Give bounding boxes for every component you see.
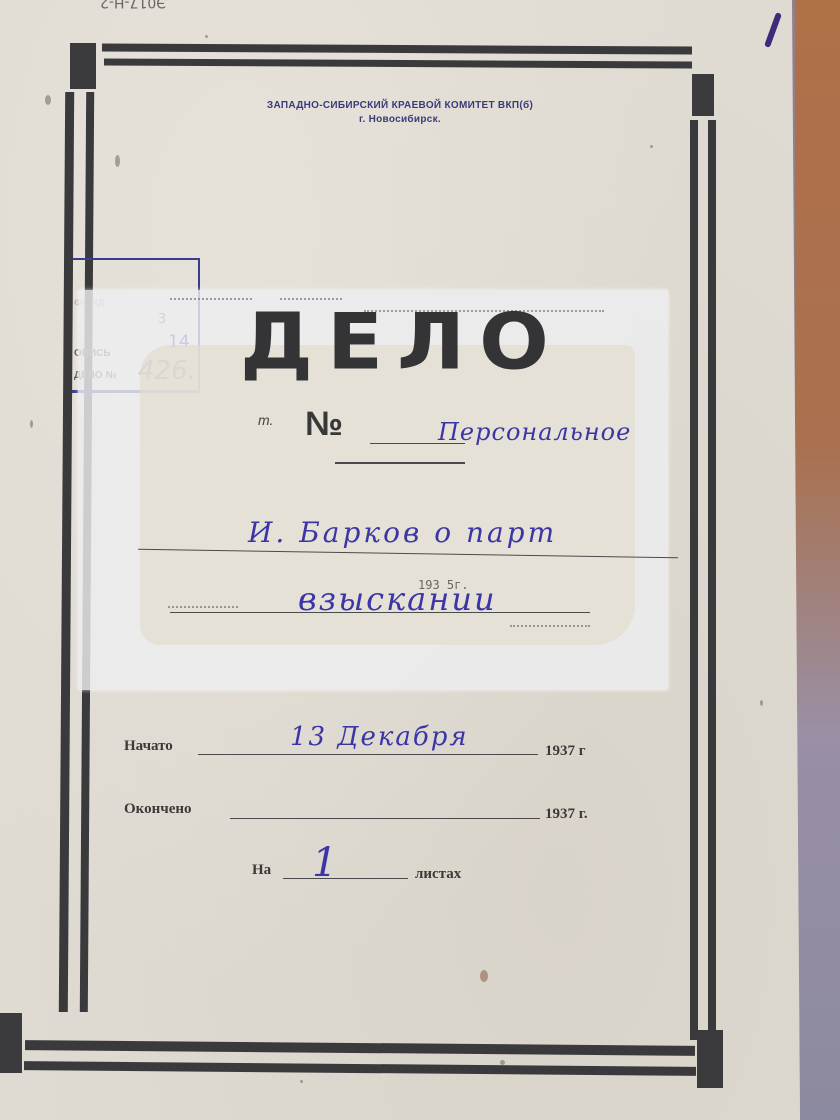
sheets-underline [283, 878, 408, 879]
ink-mark [764, 12, 782, 48]
number-underline-2 [335, 462, 465, 464]
frame-corner-bottom-right [697, 1030, 723, 1088]
paper-fleck [300, 1080, 303, 1083]
paper-fleck [650, 145, 653, 148]
paper-fleck [30, 420, 33, 428]
decorative-dotted-line [510, 625, 590, 629]
frame-left-line-outer [59, 92, 74, 1012]
frame-right-line-inner [708, 120, 716, 1040]
ended-underline [230, 818, 540, 819]
started-label: Начато [124, 738, 173, 755]
started-date-handwritten: 13 Декабря [290, 722, 469, 752]
started-year-value: 1937 [545, 743, 575, 759]
paper-fleck [45, 95, 51, 105]
frame-corner-top-right [692, 74, 714, 116]
subject-handwritten-line1: И. Барков о парт [248, 516, 557, 549]
paper-fleck [760, 700, 763, 706]
frame-corner-bottom-left [0, 1013, 22, 1073]
frame-bottom-line-outer [25, 1040, 695, 1056]
ended-year-suffix: г. [579, 806, 588, 822]
decorative-dotted-line [168, 606, 238, 610]
sheets-prefix: На [252, 862, 271, 879]
sheets-suffix: листах [415, 866, 461, 883]
frame-top-line-outer [102, 43, 692, 54]
folder-cover: Э017-Н-2 ЗАПАДНО-СИБИРСКИЙ КРАЕВОЙ КОМИТ… [0, 0, 800, 1120]
started-underline [198, 754, 538, 755]
started-year: 1937 г [545, 743, 586, 760]
organization-city: г. Новосибирск. [200, 114, 600, 125]
paper-fleck [115, 155, 120, 167]
pencil-archive-note: Э017-Н-2 [100, 0, 166, 10]
started-year-suffix: г [579, 743, 586, 759]
frame-bottom-line-inner [24, 1061, 696, 1076]
paper-fleck [205, 35, 208, 38]
ended-year-value: 1937 [545, 806, 575, 822]
case-type-handwritten: Персональное [438, 418, 631, 446]
organization-name: ЗАПАДНО-СИБИРСКИЙ КРАЕВОЙ КОМИТЕТ ВКП(б) [200, 100, 600, 111]
sheets-count-handwritten: 1 [312, 840, 337, 886]
subject-underline-2 [170, 612, 590, 613]
ended-year: 1937 г. [545, 806, 588, 823]
number-sign: № [305, 405, 343, 444]
frame-corner-top-left [70, 43, 96, 89]
ended-label: Окончено [124, 801, 192, 818]
wooden-table-background [795, 0, 840, 1120]
organization-header: ЗАПАДНО-СИБИРСКИЙ КРАЕВОЙ КОМИТЕТ ВКП(б)… [200, 100, 600, 125]
paper-fleck [480, 970, 488, 982]
frame-top-line-inner [104, 58, 692, 68]
document-title: ДЕЛО [240, 297, 563, 387]
number-prefix: т. [258, 412, 273, 428]
frame-right-line-outer [690, 120, 698, 1040]
